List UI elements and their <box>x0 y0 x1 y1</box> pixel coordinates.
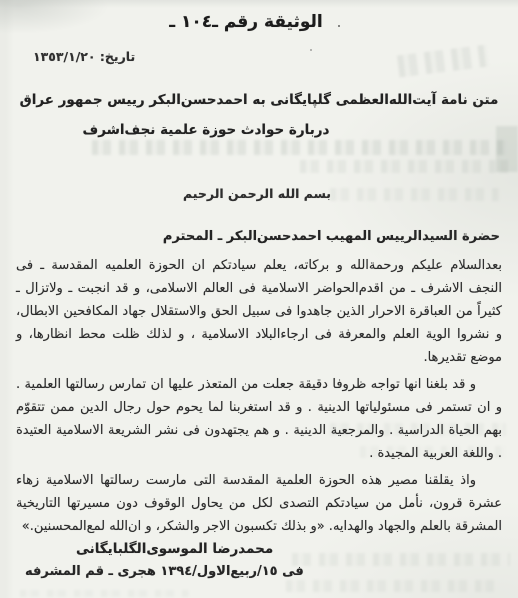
bleedthrough-text-band <box>286 580 500 592</box>
bleedthrough-mark <box>397 45 489 78</box>
bleedthrough-text-band <box>20 590 190 597</box>
scanned-letter-page: الوثيقة رقم ـ١٠٤ ـ تاريخ: ١٣٥٣/١/٢٠ متن … <box>0 0 518 598</box>
bleedthrough-text-band <box>300 160 508 173</box>
letter-heading-line-1: متن نامة آيت‌الله‌العظمى گلپايگانى به اح… <box>16 92 502 108</box>
bleedthrough-text-band <box>92 140 506 155</box>
basmala: بسم الله الرحمن الرحيم <box>183 186 331 201</box>
document-title: الوثيقة رقم ـ١٠٤ ـ <box>0 12 492 32</box>
signature-date-place: فى ١٥/ربيع‌الاول/١٣٩٤ هجرى ـ قم المشرفه <box>25 564 304 579</box>
letter-body: بعدالسلام عليكم ورحمةالله و بركاته، يعلم… <box>16 254 502 542</box>
body-paragraph-2: و قد بلغنا انها تواجه ظروفا دقيقة جعلت م… <box>16 373 502 465</box>
body-paragraph-1: بعدالسلام عليكم ورحمةالله و بركاته، يعلم… <box>16 254 502 369</box>
signature-name: محمدرضا الموسوى‌الگلبايگانى <box>76 541 273 557</box>
body-paragraph-3: واذ يقلقنا مصير هذه الحوزة العلمية المقد… <box>16 469 502 538</box>
scan-edge-smudge <box>496 126 518 172</box>
bleedthrough-text-band <box>330 188 500 201</box>
letter-heading-line-2: دربارة حوادث حوزة علمية نجف‌اشرف <box>72 122 340 138</box>
bleedthrough-text-band <box>292 553 510 566</box>
salutation-line: حضرة السيدالرييس المهيب احمدحسن‌البكر ـ … <box>163 229 500 244</box>
date-line: تاريخ: ١٣٥٣/١/٢٠ <box>33 49 135 64</box>
